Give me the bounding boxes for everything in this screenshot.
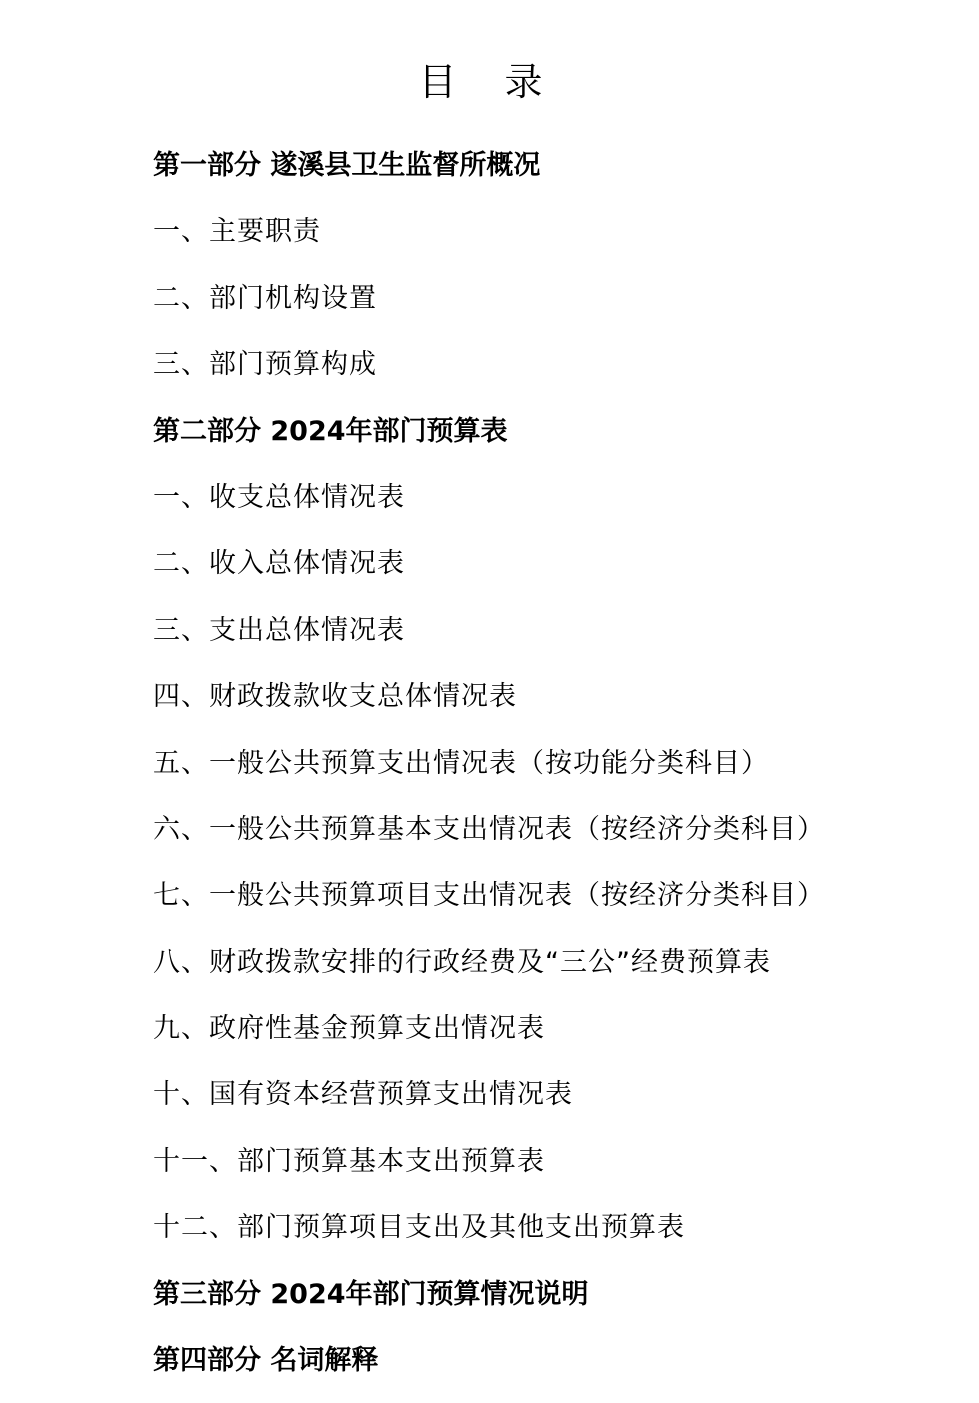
toc-item[interactable]: 十一、部门预算基本支出预算表 bbox=[153, 1139, 825, 1205]
toc-item[interactable]: 五、一般公共预算支出情况表（按功能分类科目） bbox=[153, 741, 825, 807]
toc-item[interactable]: 三、支出总体情况表 bbox=[153, 608, 825, 674]
toc-part-2[interactable]: 第二部分 2024年部门预算表 bbox=[153, 409, 825, 475]
toc-item[interactable]: 八、财政拨款安排的行政经费及“三公”经费预算表 bbox=[153, 940, 825, 1006]
toc-item[interactable]: 三、部门预算构成 bbox=[153, 342, 825, 408]
toc-item[interactable]: 一、主要职责 bbox=[153, 209, 825, 275]
toc-item[interactable]: 七、一般公共预算项目支出情况表（按经济分类科目） bbox=[153, 873, 825, 939]
toc-item[interactable]: 四、财政拨款收支总体情况表 bbox=[153, 674, 825, 740]
table-of-contents: 第一部分 遂溪县卫生监督所概况 一、主要职责 二、部门机构设置 三、部门预算构成… bbox=[153, 143, 825, 1403]
toc-item[interactable]: 九、政府性基金预算支出情况表 bbox=[153, 1006, 825, 1072]
toc-item[interactable]: 六、一般公共预算基本支出情况表（按经济分类科目） bbox=[153, 807, 825, 873]
toc-item[interactable]: 十二、部门预算项目支出及其他支出预算表 bbox=[153, 1205, 825, 1271]
toc-item[interactable]: 一、收支总体情况表 bbox=[153, 475, 825, 541]
toc-item[interactable]: 二、收入总体情况表 bbox=[153, 541, 825, 607]
toc-part-3[interactable]: 第三部分 2024年部门预算情况说明 bbox=[153, 1272, 825, 1338]
page-title: 目 录 bbox=[0, 52, 979, 112]
toc-part-1[interactable]: 第一部分 遂溪县卫生监督所概况 bbox=[153, 143, 825, 209]
toc-part-4[interactable]: 第四部分 名词解释 bbox=[153, 1338, 825, 1403]
toc-item[interactable]: 二、部门机构设置 bbox=[153, 276, 825, 342]
toc-item[interactable]: 十、国有资本经营预算支出情况表 bbox=[153, 1072, 825, 1138]
